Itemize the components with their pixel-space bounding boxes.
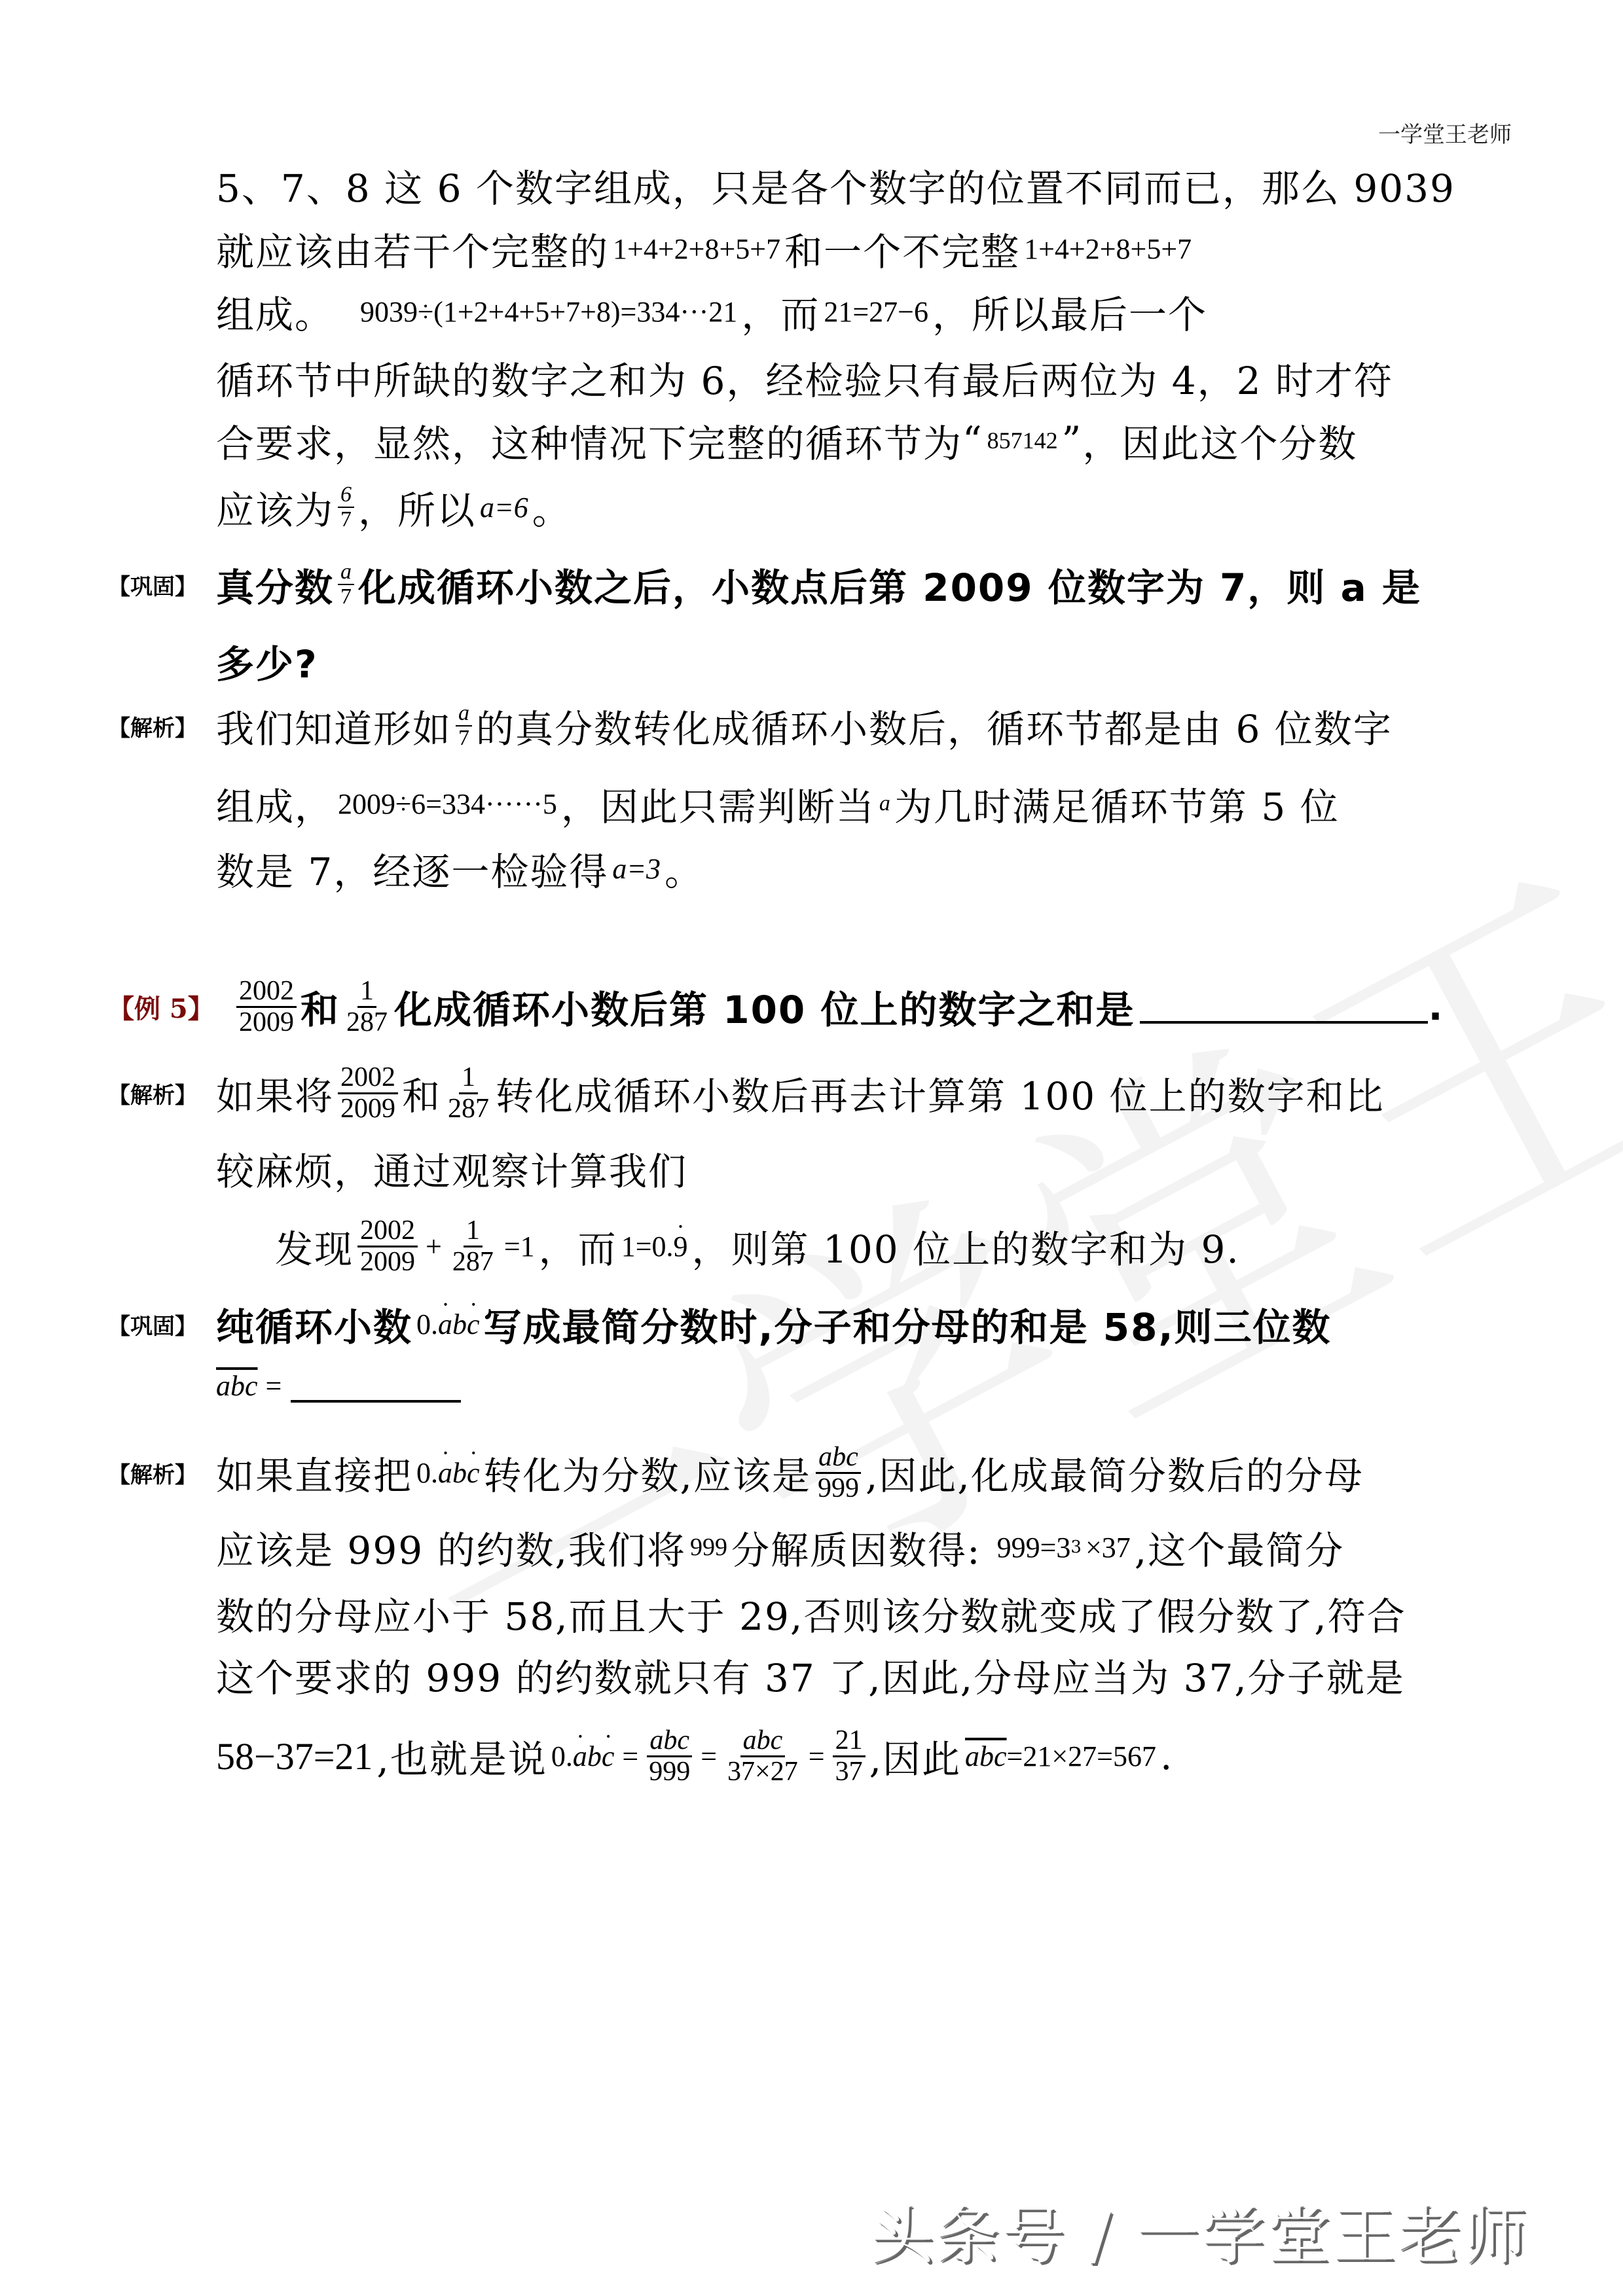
text: ,因此,化成最简分数后的分母: [866, 1445, 1364, 1500]
text-line: 组成， 2009÷6=334······5 ，因此只需判断当 a 为几时满足循环…: [216, 774, 1340, 833]
text-line: 循环节中所缺的数字之和为 6，经检验只有最后两位为 4，2 时才符: [216, 348, 1393, 407]
math-expression: 999=3: [997, 1531, 1071, 1564]
text: ，所以: [358, 480, 476, 535]
text: 如果直接把: [216, 1445, 412, 1500]
text: 和一个不完整: [784, 221, 1020, 276]
text-line: 应该为 67 ，所以 a=6 。: [216, 478, 572, 537]
math-operator: +: [426, 1230, 442, 1263]
text: 组成。: [216, 284, 334, 339]
question-line: 真分数 a7 化成循环小数之后，小数点后第 2009 位数字为 7，则 a 是: [216, 555, 1421, 614]
text: 数的分母应小于 58,而且大于 29,否则该分数就变成了假分数了,符合: [216, 1586, 1406, 1641]
text: “: [962, 418, 983, 463]
text: 数是 7，经逐一检验得: [216, 841, 608, 896]
fraction: abc999: [646, 1726, 693, 1785]
repeating-digit: 9: [674, 1230, 688, 1263]
text: 如果将: [216, 1066, 334, 1121]
math-expression: 9039÷(1+2+4+5+7+8)=334···21: [360, 295, 737, 329]
consolidate-label: 【巩固】: [108, 555, 197, 614]
text: 化成循环小数后第 100 位上的数字之和是: [394, 979, 1135, 1034]
math-expression: 2009÷6=334······5: [338, 787, 557, 821]
fraction: abc999: [815, 1443, 862, 1502]
math-expression: 1+4+2+8+5+7: [613, 232, 780, 266]
text: .: [1160, 1734, 1173, 1778]
text: 分解质因数得:: [731, 1520, 981, 1575]
math-expression: 1+4+2+8+5+7: [1024, 232, 1192, 266]
analysis-label: 【解析】: [108, 1064, 197, 1122]
math-operator: =: [266, 1369, 282, 1403]
text: ，而: [741, 284, 820, 339]
text: ,因此: [869, 1729, 961, 1784]
text: 。: [532, 480, 572, 535]
math-expression: 0.: [416, 1308, 438, 1341]
text: 我们知道形如: [216, 698, 452, 753]
repeating-digit: a: [573, 1740, 587, 1773]
text: 转化成循环小数后再去计算第 100 位上的数字和比: [496, 1066, 1385, 1121]
math-variable: b: [587, 1740, 602, 1773]
math-expression: a=6: [480, 491, 528, 524]
fraction: 1287: [445, 1063, 492, 1122]
math-variable: abc: [216, 1369, 258, 1403]
text-line: 这个要求的 999 的约数就只有 37 了,因此,分母应当为 37,分子就是: [216, 1645, 1405, 1704]
text-line: 组成。 9039÷(1+2+4+5+7+8)=334···21 ，而 21=27…: [216, 282, 1207, 341]
text-line: 5、7、8 这 6 个数字组成，只是各个数字的位置不同而已，那么 9039: [216, 156, 1455, 215]
repeating-digit: c: [467, 1308, 480, 1341]
question-line: 纯循环小数 0.abc 写成最简分数时,分子和分母的和是 58,则三位数: [216, 1295, 1332, 1354]
fraction: 2137: [833, 1726, 866, 1785]
text: ,也就是说: [376, 1729, 547, 1784]
text: 组成，: [216, 776, 334, 831]
fraction: a7: [456, 702, 472, 749]
text: 写成最简分数时,分子和分母的和是 58,则三位数: [484, 1297, 1332, 1352]
repeating-digit: a: [438, 1456, 452, 1490]
fraction: 67: [338, 483, 354, 531]
math-operator: =: [622, 1740, 638, 1773]
question-line: 20022009 和 1287 化成循环小数后第 100 位上的数字之和是 .: [232, 977, 1444, 1036]
repeating-digit: c: [602, 1740, 615, 1773]
cycle-digits: 857142: [987, 427, 1058, 454]
question-line: 多少?: [216, 632, 318, 691]
fraction: 20022009: [357, 1216, 418, 1276]
text: 发现: [275, 1219, 354, 1274]
fraction: 20022009: [338, 1063, 398, 1122]
math-operator: =: [701, 1740, 717, 1773]
text-line: 较麻烦，通过观察计算我们: [216, 1139, 687, 1198]
text: ，则第 100 位上的数字和为 9.: [692, 1219, 1240, 1274]
exponent: 3: [1070, 1537, 1083, 1557]
text-line: abc =: [216, 1356, 461, 1415]
math-variable: b: [452, 1456, 467, 1490]
text: 转化为分数,应该是: [484, 1445, 811, 1500]
math-expression: ×37: [1085, 1531, 1131, 1564]
math-variable: b: [452, 1308, 467, 1341]
math-expression: 21=27−6: [824, 295, 928, 329]
answer-blank[interactable]: [1140, 990, 1428, 1024]
answer-blank[interactable]: [291, 1369, 461, 1403]
text: 纯循环小数: [216, 1297, 412, 1352]
text: 的真分数转化成循环小数后，循环节都是由 6 位数字: [476, 698, 1393, 753]
footer-watermark: 头条号 / 一学堂王老师: [871, 2186, 1529, 2276]
text: ，所以最后一个: [932, 284, 1207, 339]
repeating-digit: a: [438, 1308, 452, 1341]
repeating-digit: c: [467, 1456, 480, 1490]
text: ,这个最简分: [1135, 1520, 1344, 1575]
text: 为几时满足循环节第 5 位: [894, 776, 1340, 831]
text: 化成循环小数之后，小数点后第 2009 位数字为 7，则 a 是: [358, 557, 1421, 612]
text: 5、7、8 这 6 个数字组成，只是各个数字的位置不同而已，那么 9039: [216, 158, 1455, 213]
text: ”: [1062, 418, 1083, 463]
math-variable: a: [879, 791, 890, 816]
text-line: 58−37=21 ,也就是说 0.abc = abc999 = abc37×27…: [216, 1727, 1173, 1785]
text: 合要求，显然，这种情况下完整的循环节为: [216, 413, 962, 468]
text: 真分数: [216, 557, 334, 612]
text-line: 如果将 20022009 和 1287 转化成循环小数后再去计算第 100 位上…: [216, 1064, 1385, 1122]
text-line: 我们知道形如 a7 的真分数转化成循环小数后，循环节都是由 6 位数字: [216, 696, 1393, 755]
text-line: 数是 7，经逐一检验得 a=3 。: [216, 839, 704, 898]
text-line: 应该是 999 的约数,我们将 999 分解质因数得: 999=33×37 ,这…: [216, 1518, 1344, 1577]
math-expression: 58−37=21: [216, 1734, 373, 1778]
math-expression: =1: [504, 1230, 535, 1263]
fraction: a7: [338, 560, 354, 608]
fraction: 1287: [450, 1216, 496, 1276]
text-line: 就应该由若干个完整的 1+4+2+8+5+7 和一个不完整 1+4+2+8+5+…: [216, 219, 1195, 278]
math-expression: =21×27=567: [1007, 1740, 1156, 1773]
text: 和: [402, 1066, 441, 1121]
math-variable: abc: [965, 1740, 1007, 1773]
math-operator: =: [809, 1740, 825, 1773]
text: 和: [301, 979, 340, 1034]
text-line: 数的分母应小于 58,而且大于 29,否则该分数就变成了假分数了,符合: [216, 1584, 1406, 1643]
math-expression: 1=0.: [621, 1230, 674, 1263]
text: 应该是 999 的约数,我们将: [216, 1520, 686, 1575]
text: .: [1428, 984, 1444, 1029]
analysis-label: 【解析】: [108, 1443, 197, 1502]
consolidate-label: 【巩固】: [108, 1295, 197, 1354]
math-expression: 0.: [416, 1456, 438, 1490]
page-header-author: 一学堂王老师: [1378, 117, 1512, 149]
math-expression: 999: [690, 1533, 727, 1562]
text: ，因此这个分数: [1082, 413, 1357, 468]
math-expression: 0.: [551, 1740, 573, 1773]
math-expression: a=3: [612, 852, 661, 886]
text: 。: [665, 841, 704, 896]
fraction: abc37×27: [725, 1726, 801, 1785]
example-label: 【例 5】: [108, 977, 214, 1036]
text-line: 合要求，显然，这种情况下完整的循环节为 “ 857142 ” ，因此这个分数: [216, 411, 1357, 470]
text: 这个要求的 999 的约数就只有 37 了,因此,分母应当为 37,分子就是: [216, 1647, 1405, 1702]
text: 循环节中所缺的数字之和为 6，经检验只有最后两位为 4，2 时才符: [216, 350, 1393, 405]
text: 多少?: [216, 634, 318, 689]
text: 应该为: [216, 480, 334, 535]
text: ，而: [539, 1219, 617, 1274]
text: 较麻烦，通过观察计算我们: [216, 1141, 687, 1196]
analysis-label: 【解析】: [108, 696, 197, 755]
text: ，因此只需判断当: [561, 776, 875, 831]
fraction: 20022009: [236, 977, 297, 1036]
text-line: 发现 20022009 + 1287 =1 ，而 1=0.9 ，则第 100 位…: [275, 1217, 1240, 1276]
text: 就应该由若干个完整的: [216, 221, 609, 276]
text-line: 如果直接把 0.abc 转化为分数,应该是 abc999 ,因此,化成最简分数后…: [216, 1443, 1364, 1502]
fraction: 1287: [344, 977, 390, 1036]
